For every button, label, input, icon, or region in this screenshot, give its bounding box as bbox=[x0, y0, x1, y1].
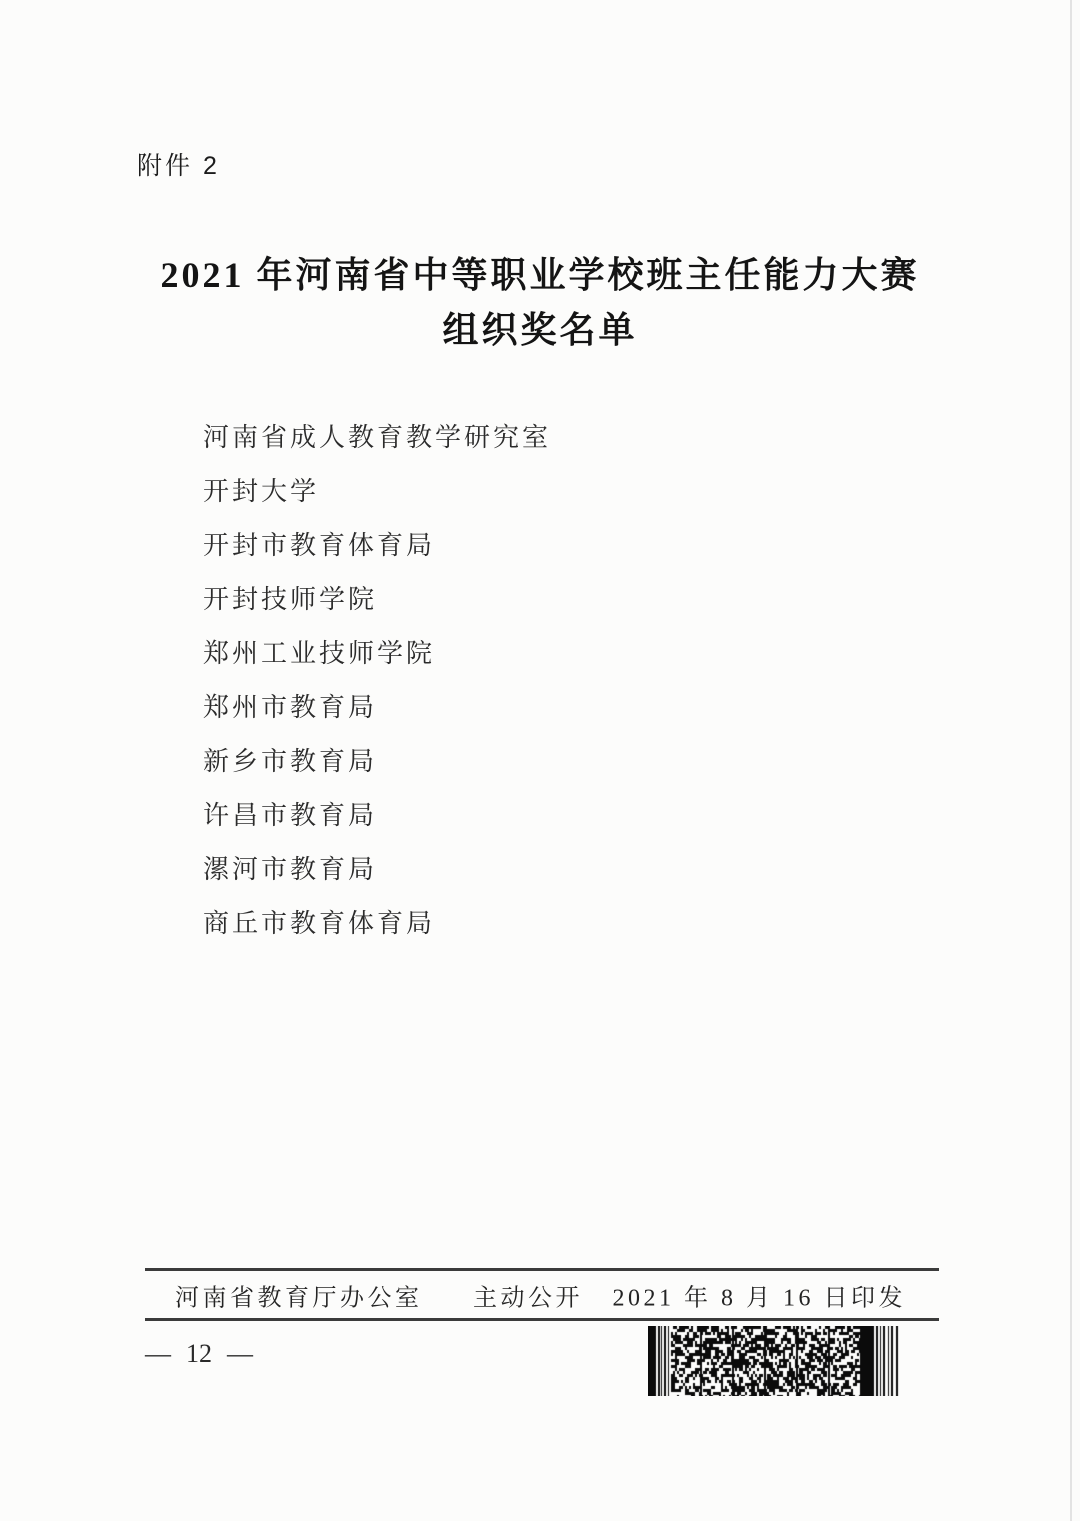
pdf417-barcode bbox=[648, 1326, 900, 1396]
award-list-item: 郑州市教育局 bbox=[203, 681, 551, 735]
award-list: 河南省成人教育教学研究室 开封大学 开封市教育体育局 开封技师学院 郑州工业技师… bbox=[203, 411, 551, 951]
award-list-item: 河南省成人教育教学研究室 bbox=[203, 411, 551, 465]
doc-title-line-2: 组织奖名单 bbox=[0, 303, 1080, 358]
doc-title-line-1: 2021 年河南省中等职业学校班主任能力大赛 bbox=[0, 248, 1080, 303]
award-list-item: 开封市教育体育局 bbox=[203, 519, 551, 573]
award-list-item: 郑州工业技师学院 bbox=[203, 627, 551, 681]
award-list-item: 开封技师学院 bbox=[203, 573, 551, 627]
page-number: — 12 — bbox=[145, 1339, 253, 1369]
page-number-value: 12 bbox=[186, 1339, 212, 1369]
scan-edge-artifact bbox=[1070, 0, 1072, 1521]
award-list-item: 商丘市教育体育局 bbox=[203, 897, 551, 951]
footer-issuer: 河南省教育厅办公室 bbox=[175, 1277, 423, 1312]
footer-rule-bottom bbox=[145, 1318, 939, 1321]
doc-title: 2021 年河南省中等职业学校班主任能力大赛 组织奖名单 bbox=[0, 248, 1080, 358]
attachment-label: 附件 2 bbox=[137, 146, 220, 182]
award-list-item: 漯河市教育局 bbox=[203, 843, 551, 897]
document-page: 附件 2 2021 年河南省中等职业学校班主任能力大赛 组织奖名单 河南省成人教… bbox=[0, 0, 1080, 1521]
page-number-dash-left: — bbox=[145, 1339, 171, 1369]
footer-print-date: 2021 年 8 月 16 日印发 bbox=[613, 1277, 907, 1312]
award-list-item: 许昌市教育局 bbox=[203, 789, 551, 843]
award-list-item: 新乡市教育局 bbox=[203, 735, 551, 789]
award-list-item: 开封大学 bbox=[203, 465, 551, 519]
footer-disclosure-label: 主动公开 bbox=[473, 1277, 583, 1312]
footer-imprint: 河南省教育厅办公室 主动公开 2021 年 8 月 16 日印发 bbox=[0, 1271, 1080, 1318]
page-number-dash-right: — bbox=[227, 1339, 253, 1369]
